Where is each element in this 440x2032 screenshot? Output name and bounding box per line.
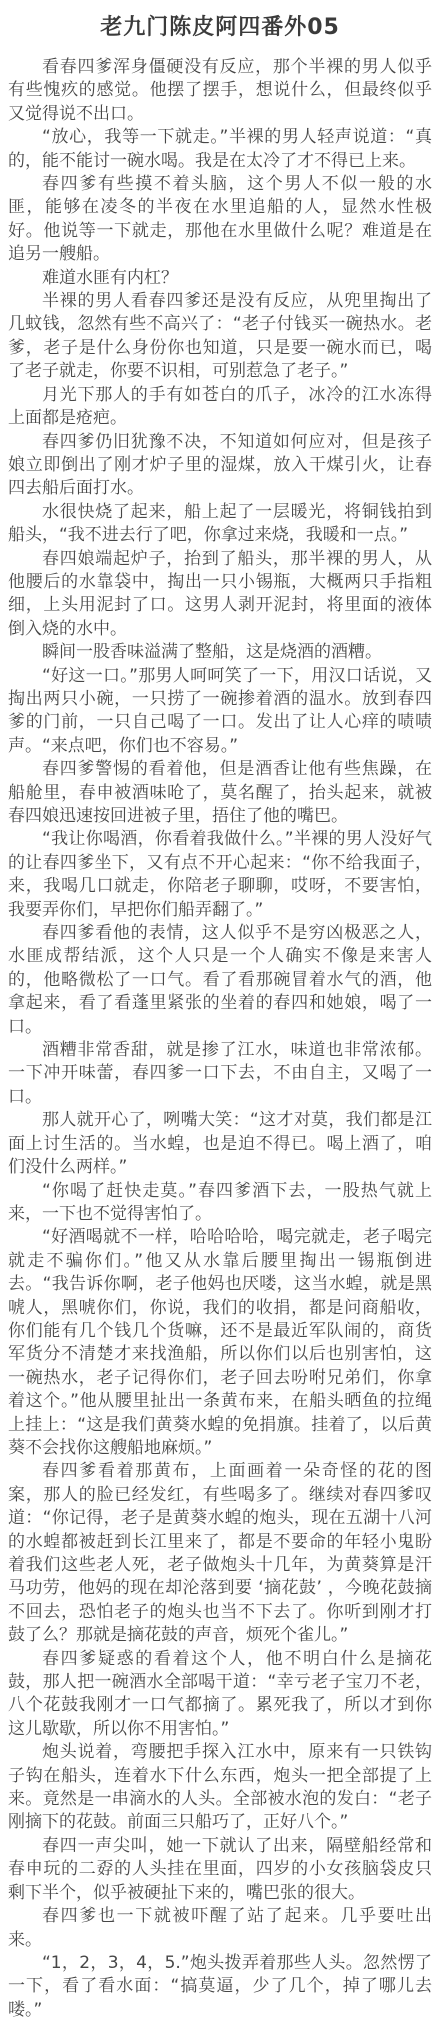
paragraph: 看春四爹浑身僵硬没有反应，那个半裸的男人似乎有些愧疚的感觉。他摆了摆手，想说什么… (8, 56, 432, 126)
paragraph: 春四爹看他的表情，这人似乎不是穷凶极恶之人，水匪成帮结派，这个人只是一个人确实不… (8, 922, 432, 1039)
paragraph: 春四爹也一下就被吓醒了站了起来。几乎要吐出来。 (8, 1905, 432, 1952)
paragraph: 春四爹有些摸不着头脑，这个男人不似一般的水匪，能够在凌冬的半夜在水里追船的人，显… (8, 173, 432, 267)
paragraph: “我让你喝酒，你看着我做什么。”半裸的男人没好气的让春四爹坐下，又有点不开心起来… (8, 828, 432, 922)
paragraph: 月光下那人的手有如苍白的爪子，冰冷的江水冻得上面都是疮疤。 (8, 384, 432, 431)
paragraph: 春四娘端起炉子，抬到了船头，那半裸的男人，从他腰后的水靠袋中，掏出一只小锡瓶，大… (8, 548, 432, 642)
paragraph: “1，2，3，4，5.”炮头拨弄着那些人头。忽然愣了一下，看了看水面：“搞莫逼，… (8, 1952, 432, 2022)
chapter-title: 老九门陈皮阿四番外05 (8, 0, 432, 56)
paragraph: 难道水匪有内杠？ (8, 267, 432, 290)
paragraph: 春四爹警惕的看着他，但是酒香让他有些焦躁，在船舱里，春申被酒味呛了，莫名醒了，抬… (8, 758, 432, 828)
paragraph: “你喝了赶快走莫。”春四爹酒下去，一股热气就上来，一下也不觉得害怕了。 (8, 1180, 432, 1227)
paragraph: 春四一声尖叫，她一下就认了出来，隔壁船经常和春申玩的二孬的人头挂在里面，四岁的小… (8, 1835, 432, 1905)
chapter-body: 看春四爹浑身僵硬没有反应，那个半裸的男人似乎有些愧疚的感觉。他摆了摆手，想说什么… (8, 56, 432, 2022)
paragraph: “好这一口。”那男人呵呵笑了一下，用汉口话说，又掏出两只小碗，一只捞了一碗掺着酒… (8, 665, 432, 759)
novel-reader-page: 老九门陈皮阿四番外05 看春四爹浑身僵硬没有反应，那个半裸的男人似乎有些愧疚的感… (0, 0, 440, 2032)
paragraph: 那人就开心了，咧嘴大笑：“这才对莫，我们都是江面上讨生活的。当水蝗，也是迫不得已… (8, 1109, 432, 1179)
paragraph: 春四爹看着那黄布，上面画着一朵奇怪的花的图案，那人的脸已经发红，有些喝多了。继续… (8, 1460, 432, 1647)
paragraph: 水很快烧了起来，船上起了一层暖光，将铜钱拍到船头，“我不进去行了吧，你拿过来烧，… (8, 501, 432, 548)
paragraph: 春四爹仍旧犹豫不决，不知道如何应对，但是孩子娘立即倒出了刚才炉子里的湿煤，放入干… (8, 431, 432, 501)
paragraph: “好酒喝就不一样，哈哈哈哈，喝完就走，老子喝完就走不骗你们。”他又从水靠后腰里掏… (8, 1226, 432, 1460)
paragraph: “放心，我等一下就走。”半裸的男人轻声说道：“真的，能不能讨一碗水喝。我是在太冷… (8, 126, 432, 173)
paragraph: 酒糟非常香甜，就是掺了江水，味道也非常浓郁。一下冲开味蕾，春四爹一口下去，不由自… (8, 1039, 432, 1109)
paragraph: 春四爹疑惑的看着这个人，他不明白什么是摘花鼓，那人把一碗酒水全部喝干道：“幸亏老… (8, 1648, 432, 1742)
paragraph: 瞬间一股香味溢满了整船，这是烧酒的酒糟。 (8, 641, 432, 664)
paragraph: 炮头说着，弯腰把手探入江水中，原来有一只铁钩子钩在船头，连着水下什么东西，炮头一… (8, 1741, 432, 1835)
paragraph: 半裸的男人看春四爹还是没有反应，从兜里掏出了几蚊钱，忽然有些不高兴了：“老子付钱… (8, 290, 432, 384)
